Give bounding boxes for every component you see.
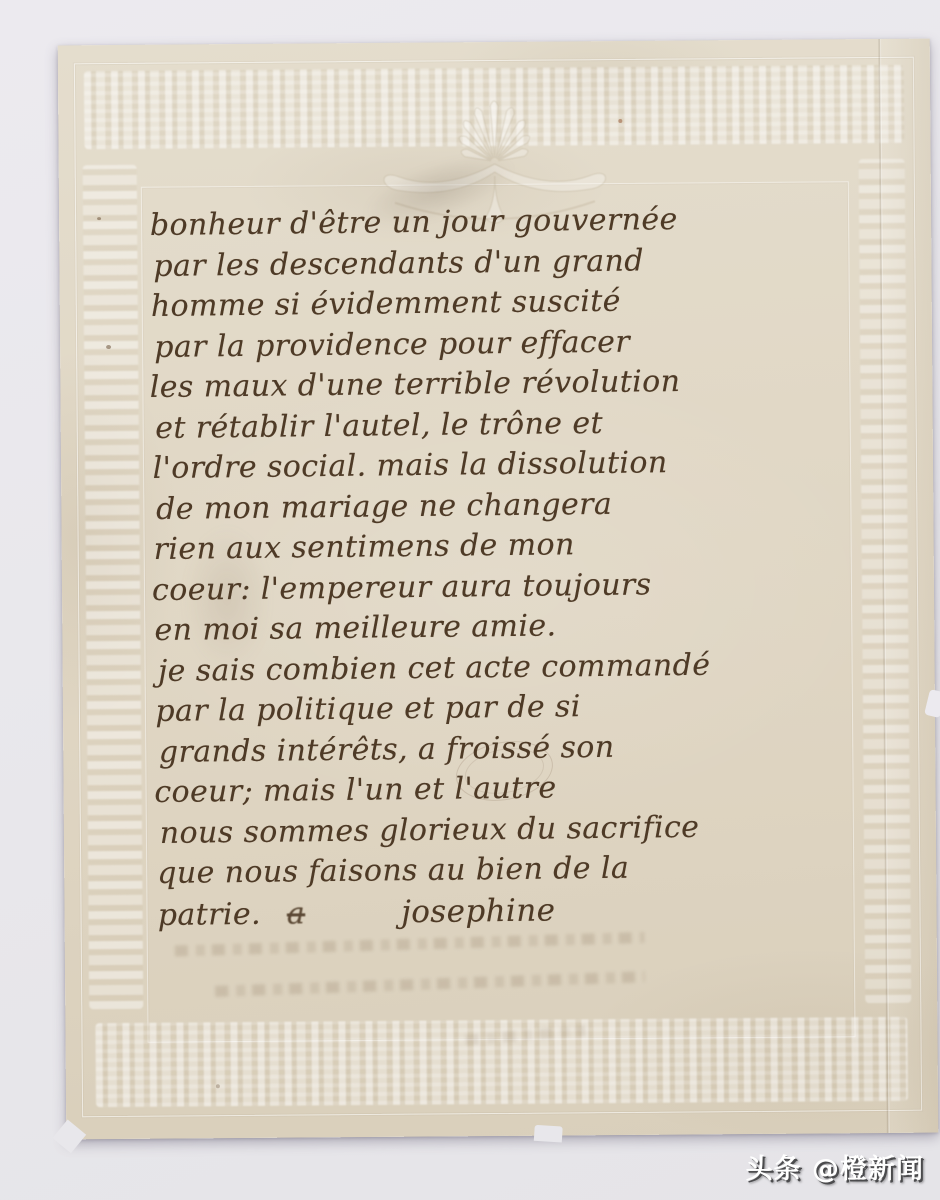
closing-word: patrie. xyxy=(158,894,262,936)
embossed-left-border-ornament xyxy=(83,165,144,1009)
ink-bleedthrough-mark xyxy=(465,1025,585,1045)
toutiao-orange-news-watermark: 头条 @橙新闻 xyxy=(746,1147,924,1186)
handwritten-letter-text: bonheur d'être un jour gouvernée par les… xyxy=(150,198,900,936)
crossed-out-word: a xyxy=(287,894,306,935)
letter-paper: bonheur d'être un jour gouvernée par les… xyxy=(58,39,939,1140)
ink-speck xyxy=(216,1084,220,1088)
bottom-left-corner-chip xyxy=(52,1119,86,1153)
ink-speck xyxy=(106,345,111,349)
right-edge-chip xyxy=(924,689,940,718)
embossed-top-border-ornament xyxy=(84,65,905,149)
closing-and-signature-row: patrie. a josephine xyxy=(158,886,900,936)
rust-speck xyxy=(618,119,622,123)
bottom-edge-notch xyxy=(534,1125,563,1143)
ink-bleedthrough-line xyxy=(175,932,645,957)
josephine-signature: josephine xyxy=(401,890,556,932)
ink-bleedthrough-line xyxy=(215,971,645,997)
embossed-bottom-border-ornament xyxy=(95,1017,908,1107)
ink-speck xyxy=(97,217,101,220)
